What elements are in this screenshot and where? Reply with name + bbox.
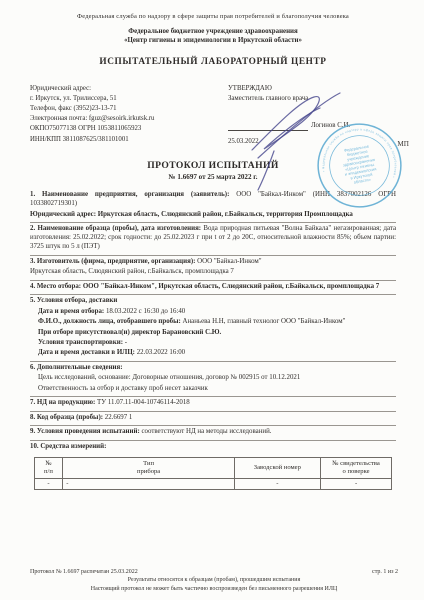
section-label: 1. Наименование предприятия, организация…: [30, 191, 236, 198]
table-header-row: № п/пТип прибораЗаводской номер№ свидете…: [34, 458, 392, 478]
table-header-cell: Тип прибора: [63, 458, 235, 478]
document-page: Федеральная служба по надзору в сфере за…: [0, 0, 424, 490]
table-cell: -: [34, 478, 63, 489]
footer-page-number: стр. 1 из 2: [372, 569, 398, 575]
section-value: ООО "Байкал-Инком": [197, 258, 261, 265]
organization-name-line1: Федеральное бюджетное учреждение здравоо…: [30, 27, 396, 36]
section-4-line-1: 4. Место отбора: ООО "Байкал-Инком", Ирк…: [30, 283, 396, 292]
section-value: Ананьева Н.Н, главный технолог ООО "Байк…: [183, 318, 346, 325]
table-header-cell: № свидетельства о поверке: [320, 458, 392, 478]
table-header-cell: Заводской номер: [234, 458, 320, 478]
section-6-line-3: Ответственность за отбор и доставку проб…: [30, 385, 396, 394]
section-7-line-1: 7. НД на продукцию: ТУ 11.07.11-004-1074…: [30, 399, 396, 408]
section-label: 8. Код образца (пробы):: [30, 414, 105, 421]
mp-seal-label: МП: [397, 140, 409, 148]
footer-row: Протокол № 1.6697 распечатан 25.03.2022 …: [30, 569, 398, 575]
section-value: -: [125, 339, 127, 346]
section-value: Ответственность за отбор и доставку проб…: [38, 385, 208, 392]
section-label: 6. Дополнительные сведения:: [30, 364, 123, 371]
section-5-line-5: Условия транспортировки: -: [30, 339, 396, 348]
footer-note-2: Настоящий протокол не может быть частичн…: [30, 585, 398, 593]
legal-address-value: г. Иркутск, ул. Трилиссера, 51: [30, 94, 154, 104]
section-6: 6. Дополнительные сведения:Цель исследов…: [30, 361, 396, 396]
section-label: 7. НД на продукцию:: [30, 399, 97, 406]
section-5-line-1: 5. Условия отбора, доставки: [30, 297, 396, 306]
footer-protocol-info: Протокол № 1.6697 распечатан 25.03.2022: [30, 569, 138, 575]
section-6-line-1: 6. Дополнительные сведения:: [30, 364, 396, 373]
section-label: Дата и время доставки в ИЛЦ:: [38, 349, 137, 356]
federal-service-line: Федеральная служба по надзору в сфере за…: [30, 13, 396, 20]
section-5: 5. Условия отбора, доставкиДата и время …: [30, 294, 396, 361]
approver-position: Заместитель главного врача: [228, 94, 396, 104]
section-4: 4. Место отбора: ООО "Байкал-Инком", Ирк…: [30, 280, 396, 294]
section-9-line-1: 9. Условия проведения испытаний: соответ…: [30, 428, 396, 437]
round-stamp: • Федеральная служба по надзору в сфере …: [308, 114, 411, 217]
section-5-line-4: При отборе присутствовал(и) директор Бар…: [30, 329, 396, 338]
section-2: 2. Наименование образца (пробы), дата из…: [30, 222, 396, 254]
section-value: 22.03.2022 16:00: [137, 349, 185, 356]
section-8: 8. Код образца (пробы): 22.6697 1: [30, 411, 396, 425]
contacts-block: Юридический адрес: г. Иркутск, ул. Трили…: [30, 84, 154, 148]
section-value: Цель исследований, основание: Договорные…: [38, 374, 300, 381]
table-cell: -: [234, 478, 320, 489]
section-10: 10. Средства измерений:: [30, 440, 396, 454]
table-cell: -: [320, 478, 392, 489]
section-label: 4. Место отбора:: [30, 283, 83, 290]
section-9: 9. Условия проведения испытаний: соответ…: [30, 425, 396, 439]
section-label: Условия транспортировки:: [38, 339, 125, 346]
section-label: 3. Изготовитель (фирма, предприятие, орг…: [30, 258, 197, 265]
section-label: Дата и время отбора:: [38, 308, 106, 315]
legal-address-label: Юридический адрес:: [30, 84, 154, 94]
table-header-cell: № п/п: [34, 458, 63, 478]
page-footer: Протокол № 1.6697 распечатан 25.03.2022 …: [0, 569, 424, 593]
section-label: Ф.И.О., должность лица, отобравшего проб…: [38, 318, 183, 325]
section-label: 5. Условия отбора, доставки: [30, 297, 117, 304]
measurement-instruments-table: № п/пТип прибораЗаводской номер№ свидете…: [34, 457, 393, 489]
footer-note-1: Результаты относятся к образцам (пробам)…: [30, 576, 398, 584]
inn-kpp: ИНН/КПП 3811087625/381101001: [30, 135, 154, 145]
testing-center-title: ИСПЫТАТЕЛЬНЫЙ ЛАБОРАТОРНЫЙ ЦЕНТР: [30, 57, 396, 67]
section-label: При отборе присутствовал(и) директор Бар…: [38, 329, 221, 336]
table-cell: -: [63, 478, 235, 489]
stamp-center-text: Федеральноебюджетноеучреждениездравоохра…: [340, 143, 379, 186]
section-label: 10. Средства измерений:: [30, 443, 106, 450]
protocol-sections: 1. Наименование предприятия, организация…: [30, 189, 396, 454]
section-10-line-1: 10. Средства измерений:: [30, 443, 396, 452]
table-row: ----: [34, 478, 392, 489]
section-5-line-3: Ф.И.О., должность лица, отобравшего проб…: [30, 318, 396, 327]
section-8-line-1: 8. Код образца (пробы): 22.6697 1: [30, 414, 396, 423]
section-5-line-6: Дата и время доставки в ИЛЦ: 22.03.2022 …: [30, 349, 396, 358]
section-label: 2. Наименование образца (пробы), дата из…: [30, 225, 203, 232]
section-2-line-1: 2. Наименование образца (пробы), дата из…: [30, 225, 396, 252]
section-label: Юридический адрес: Иркутская область, Сл…: [30, 211, 353, 218]
section-5-line-2: Дата и время отбора: 18.03.2022 с 16:30 …: [30, 308, 396, 317]
section-7: 7. НД на продукцию: ТУ 11.07.11-004-1074…: [30, 396, 396, 410]
section-3-line-2: Иркутская область, Слюдянский район, г.Б…: [30, 268, 396, 277]
section-label: 9. Условия проведения испытаний:: [30, 428, 141, 435]
section-3-line-1: 3. Изготовитель (фирма, предприятие, орг…: [30, 258, 396, 267]
email: Электронная почта: fguz@sesoirk.irkutsk.…: [30, 114, 154, 124]
section-3: 3. Изготовитель (фирма, предприятие, орг…: [30, 255, 396, 280]
approve-word: УТВЕРЖДАЮ: [228, 84, 396, 94]
section-value: 22.6697 1: [105, 414, 133, 421]
signature-line: [228, 123, 308, 131]
section-value: Иркутская область, Слюдянский район, г.Б…: [30, 268, 234, 275]
phone-fax: Телефон, факс (3952)23-13-71: [30, 104, 154, 114]
section-value: соответствуют НД на методы исследований.: [141, 428, 271, 435]
organization-name-line2: «Центр гигиены и эпидемиологии в Иркутск…: [30, 36, 396, 45]
okpo-ogrn: ОКПО75077138 ОГРН 1053811065923: [30, 124, 154, 134]
organization-name: Федеральное бюджетное учреждение здравоо…: [30, 27, 396, 46]
section-label: ООО "Байкал-Инком", Иркутская область, С…: [83, 283, 379, 290]
section-6-line-2: Цель исследований, основание: Договорные…: [30, 374, 396, 383]
section-value: 18.03.2022 с 16:30 до 16:40: [106, 308, 185, 315]
section-value: ТУ 11.07.11-004-10746114-2018: [97, 399, 190, 406]
